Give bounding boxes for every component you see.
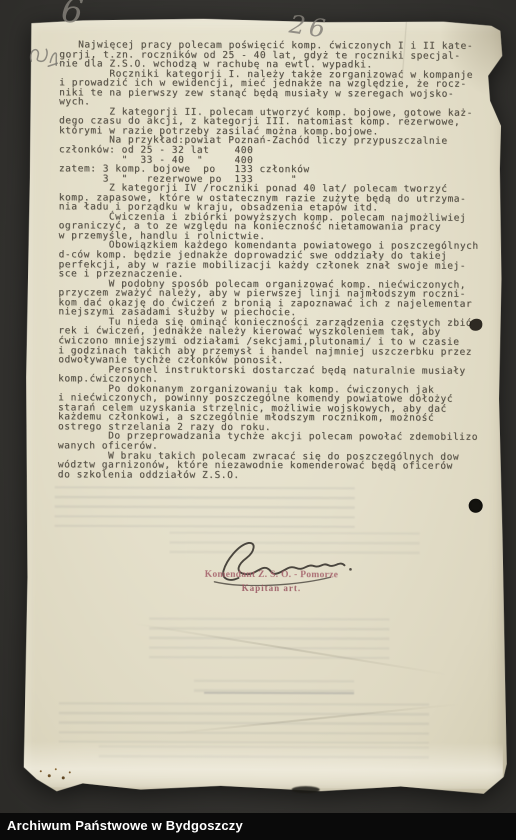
paper-stain	[62, 776, 65, 779]
bleed-through	[149, 618, 389, 667]
ink-blot	[469, 319, 482, 331]
typed-text-block: Najwięcej pracy polecam poświęcić komp. …	[58, 40, 496, 481]
bleed-through	[59, 702, 429, 743]
paper-stain	[40, 770, 42, 772]
bleed-through	[194, 680, 354, 693]
hole-punch	[469, 499, 483, 513]
bleed-through	[55, 486, 355, 534]
paper-stain	[69, 771, 71, 773]
paper-stain	[55, 768, 57, 770]
pencil-squiggle-mark	[25, 41, 69, 71]
bleed-through	[99, 745, 429, 762]
paper-stain	[48, 774, 51, 777]
archive-name: Archiwum Państwowe w Bydgoszczy	[7, 818, 243, 833]
official-stamp-line2: Kapitan art.	[195, 583, 347, 594]
document-sheet-group: Najwięcej pracy polecam poświęcić komp. …	[0, 0, 516, 840]
typed-line: niki te na pierwszy zew stanąć będą musi…	[59, 88, 495, 99]
archive-scan-viewer: Najwięcej pracy polecam poświęcić komp. …	[0, 0, 516, 840]
footer-bar: Archiwum Państwowe w Bydgoszczy	[0, 813, 516, 840]
official-stamp-line1: Komendant Z. S. O. - Pomorze	[195, 570, 347, 581]
paper-stain	[292, 786, 320, 793]
